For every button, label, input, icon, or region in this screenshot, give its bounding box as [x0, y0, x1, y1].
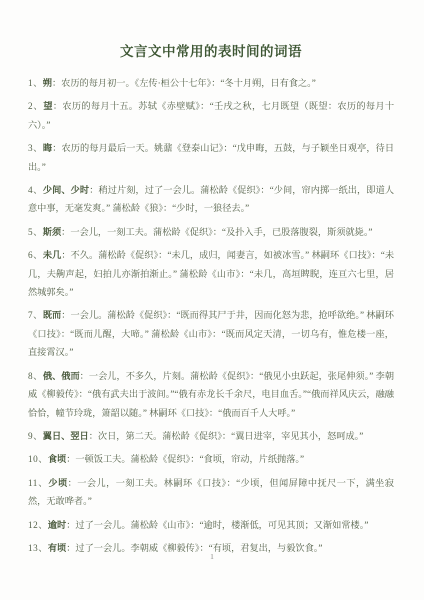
- item-number: 8、: [28, 371, 43, 381]
- item-term: 未几: [43, 250, 61, 260]
- item-number: 6、: [28, 250, 43, 260]
- item-definition: ：一会儿，一刻工夫。林嗣环《口技》：“少顷，但闻屏障中抚尺一下，满坐寂然，无敢哗…: [28, 478, 394, 506]
- item-term: 少顷: [48, 478, 67, 488]
- list-item: 6、未几：不久。蒲松龄《促织》：“未几，成归，闻妻言，如被冰雪。” 林嗣环《口技…: [28, 246, 394, 301]
- item-number: 9、: [28, 431, 43, 441]
- item-term: 逾时: [48, 520, 66, 530]
- item-definition: ：一会儿。蒲松龄《促织》：“既而得其尸于井，因而化怒为悲，抢呼欲绝。” 林嗣环《…: [28, 310, 394, 357]
- list-item: 5、斯须：一会儿，一刻工夫。蒲松龄《促织》：“及扑入手，已股落腹裂，斯须就毙。”: [28, 223, 394, 241]
- item-number: 10、: [28, 454, 48, 464]
- list-item: 10、食顷：一顿饭工夫。蒲松龄《促织》：“食顷，帘动，片纸抛落。”: [28, 450, 394, 468]
- item-term: 食顷: [48, 454, 66, 464]
- page-number: 1: [0, 552, 424, 561]
- item-number: 4、: [28, 185, 43, 195]
- item-definition: ：农历的每月初一。《左传·桓公十七年》：“冬十月朔，日有食之。”: [52, 78, 316, 88]
- item-definition: ：一会儿，一刻工夫。蒲松龄《促织》：“及扑入手，已股落腹裂，斯须就毙。”: [61, 227, 372, 237]
- document-page: 文言文中常用的表时间的词语 1、朔：农历的每月初一。《左传·桓公十七年》：“冬十…: [0, 0, 424, 600]
- item-number: 3、: [28, 143, 43, 153]
- item-definition: ：农历的每月最后一天。姚鼐《登泰山记》：“戊申晦，五鼓，与子颖坐日观亭，待日出。…: [28, 143, 394, 171]
- item-term: 晦: [43, 143, 52, 153]
- item-number: 1、: [28, 78, 43, 88]
- item-term: 望: [43, 101, 53, 111]
- item-definition: ：过了一会儿。蒲松龄《山市》：“逾时，楼渐低，可见其顶；又渐如常楼。”: [66, 520, 368, 530]
- list-item: 12、逾时：过了一会儿。蒲松龄《山市》：“逾时，楼渐低，可见其顶；又渐如常楼。”: [28, 516, 394, 534]
- item-number: 12、: [28, 520, 48, 530]
- item-definition: ：一顿饭工夫。蒲松龄《促织》：“食顷，帘动，片纸抛落。”: [66, 454, 304, 464]
- list-item: 11、少顷：一会儿，一刻工夫。林嗣环《口技》：“少顷，但闻屏障中抚尺一下，满坐寂…: [28, 474, 394, 511]
- item-number: 11、: [28, 478, 48, 488]
- item-number: 7、: [28, 310, 43, 320]
- item-term: 朔: [43, 78, 52, 88]
- list-item: 2、望：农历的每月十五。苏轼《赤壁赋》：“壬戌之秋，七月既望（既望：农历的每月十…: [28, 97, 394, 134]
- item-term: 翼日、翌日: [43, 431, 89, 441]
- list-item: 4、少间、少时：稍过片刻，过了一会儿。蒲松龄《促织》：“少间，帘内掷一纸出，即道…: [28, 181, 394, 218]
- list-item: 8、俄、俄而：一会儿，不多久，片刻。蒲松龄《促织》：“俄见小虫跃起，张尾伸须。”…: [28, 367, 394, 422]
- item-definition: ：农历的每月十五。苏轼《赤壁赋》：“壬戌之秋，七月既望（既望：农历的每月十六）。…: [28, 101, 394, 129]
- item-term: 斯须: [43, 227, 61, 237]
- item-list: 1、朔：农历的每月初一。《左传·桓公十七年》：“冬十月朔，日有食之。” 2、望：…: [28, 74, 394, 557]
- item-term: 少间、少时: [43, 185, 89, 195]
- list-item: 9、翼日、翌日：次日，第二天。蒲松龄《促织》：“翼日进宰，宰见其小，怒呵成。”: [28, 427, 394, 445]
- list-item: 7、既而：一会儿。蒲松龄《促织》：“既而得其尸于井，因而化怒为悲，抢呼欲绝。” …: [28, 306, 394, 361]
- list-item: 1、朔：农历的每月初一。《左传·桓公十七年》：“冬十月朔，日有食之。”: [28, 74, 394, 92]
- item-number: 5、: [28, 227, 43, 237]
- item-definition: ：不久。蒲松龄《促织》：“未几，成归，闻妻言，如被冰雪。” 林嗣环《口技》：“未…: [28, 250, 394, 297]
- item-term: 俄、俄而: [43, 371, 80, 381]
- item-number: 2、: [28, 101, 43, 111]
- page-title: 文言文中常用的表时间的词语: [28, 40, 394, 60]
- item-definition: ：一会儿，不多久，片刻。蒲松龄《促织》：“俄见小虫跃起，张尾伸须。” 李朝威《柳…: [28, 371, 394, 418]
- item-term: 既而: [43, 310, 61, 320]
- item-definition: ：次日，第二天。蒲松龄《促织》：“翼日进宰，宰见其小，怒呵成。”: [89, 431, 364, 441]
- list-item: 3、晦：农历的每月最后一天。姚鼐《登泰山记》：“戊申晦，五鼓，与子颖坐日观亭，待…: [28, 139, 394, 176]
